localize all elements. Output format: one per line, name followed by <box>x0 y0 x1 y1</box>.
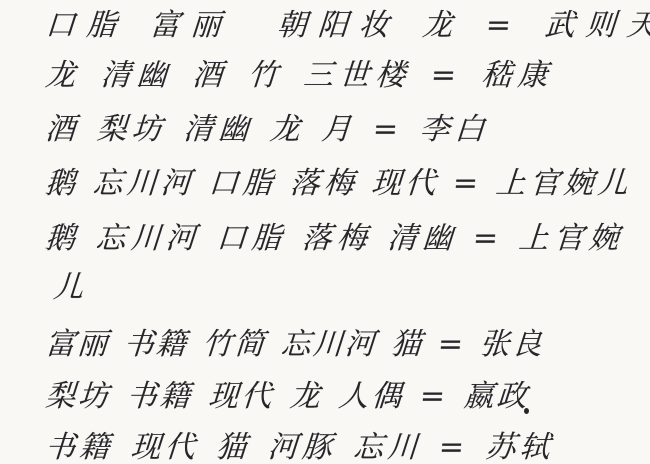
text-line-8: 书籍 现代 猫 河豚 忘川 = 苏轼 <box>44 430 555 464</box>
text-line-4: 鹅 忘川河 口脂 落梅 现代 = 上官婉儿 <box>44 166 633 202</box>
text-line-1: 口脂 富丽 朝阳妆 龙 = 武则天 <box>44 8 650 44</box>
text-line-5-wrap: 儿 <box>52 270 85 306</box>
ink-dot <box>524 408 529 414</box>
handwritten-note-page: 口脂 富丽 朝阳妆 龙 = 武则天 龙 清幽 酒 竹 三世楼 = 嵇康 酒 梨坊… <box>0 0 650 464</box>
text-line-3: 酒 梨坊 清幽 龙 月 = 李白 <box>44 112 491 148</box>
text-line-2: 龙 清幽 酒 竹 三世楼 = 嵇康 <box>44 58 555 94</box>
text-line-5: 鹅 忘川河 口脂 落梅 清幽 = 上官婉 <box>44 221 625 257</box>
text-line-7: 梨坊 书籍 现代 龙 人偶 = 嬴政 <box>44 379 531 415</box>
text-line-6: 富丽 书籍 竹简 忘川河 猫 = 张良 <box>44 327 545 363</box>
